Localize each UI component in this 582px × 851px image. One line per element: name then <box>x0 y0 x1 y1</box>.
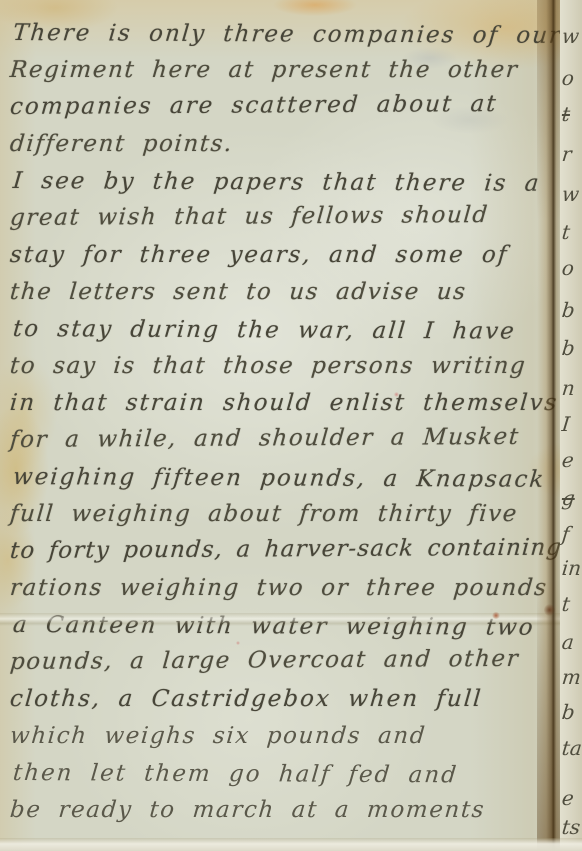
handwritten-line: to forty pounds, a harver-sack containin… <box>8 530 559 570</box>
edge-text-fragment: b <box>561 336 576 360</box>
handwritten-line: in that strain should enlist themselvs <box>8 385 559 422</box>
edge-text-fragment: e <box>561 448 575 472</box>
handwritten-line: weighing fifteen pounds, a Knapsack <box>11 459 559 499</box>
handwritten-line: great wish that us fellows should <box>8 197 559 237</box>
edge-text-fragment: in <box>561 556 582 580</box>
adjacent-page-edge: wotrwtobbnIegfintambtaets <box>560 0 582 851</box>
edge-text-fragment: e <box>561 786 575 810</box>
handwritten-line: companies are scattered about at <box>8 86 559 126</box>
edge-text-fragment: ta <box>561 736 582 760</box>
ink-speck <box>236 641 240 645</box>
edge-text-fragment: n <box>561 376 576 400</box>
rust-stain-dot <box>492 612 500 619</box>
edge-text-fragment: r <box>561 142 573 166</box>
letter-page: There is only three companies of ourRegi… <box>0 0 582 851</box>
handwritten-line: cloths, a Castridgebox when full <box>8 681 559 718</box>
edge-text-fragment: ts <box>561 815 582 839</box>
edge-text-fragment: t <box>561 592 572 616</box>
edge-text-fragment: I <box>561 412 571 436</box>
edge-text-fragment: w <box>561 24 581 48</box>
edge-text-fragment: f <box>561 522 571 546</box>
page-bottom-edge <box>0 838 582 851</box>
handwritten-line: full weighing about from thirty five <box>8 496 559 533</box>
edge-text-fragment: a <box>561 630 575 654</box>
rust-stain-dot <box>544 604 555 616</box>
handwritten-line: which weighs six pounds and <box>8 718 559 755</box>
edge-text-fragment: b <box>561 298 576 322</box>
edge-text-fragment: o <box>561 66 576 90</box>
handwritten-line: be ready to march at a moments <box>8 792 559 829</box>
handwritten-line: the letters sent to us advise us <box>8 274 559 311</box>
letter-text: There is only three companies of ourRegi… <box>10 15 558 829</box>
handwritten-line: for a while, and shoulder a Musket <box>8 419 559 459</box>
edge-text-fragment: g <box>561 486 576 510</box>
handwritten-line: different points. <box>8 126 559 163</box>
edge-text-fragment: b <box>561 700 576 724</box>
handwritten-line: rations weighing two or three pounds <box>8 570 559 607</box>
handwritten-line: stay for three years, and some of <box>8 237 559 274</box>
handwritten-line: There is only three companies of our <box>11 15 559 55</box>
handwritten-line: then let them go half fed and <box>11 755 559 795</box>
edge-text-fragment: m <box>561 665 582 689</box>
ink-speck <box>394 392 399 397</box>
edge-text-fragment: o <box>561 256 576 280</box>
handwritten-line: Regiment here at present the other <box>8 52 559 89</box>
handwritten-line: to stay during the war, all I have <box>11 311 559 351</box>
edge-text-fragment: t <box>561 102 572 126</box>
handwritten-line: pounds, a large Overcoat and other <box>8 641 559 681</box>
edge-text-fragment: t <box>561 220 572 244</box>
edge-text-fragment: w <box>561 182 581 206</box>
handwritten-line: to say is that those persons writing <box>8 348 559 385</box>
